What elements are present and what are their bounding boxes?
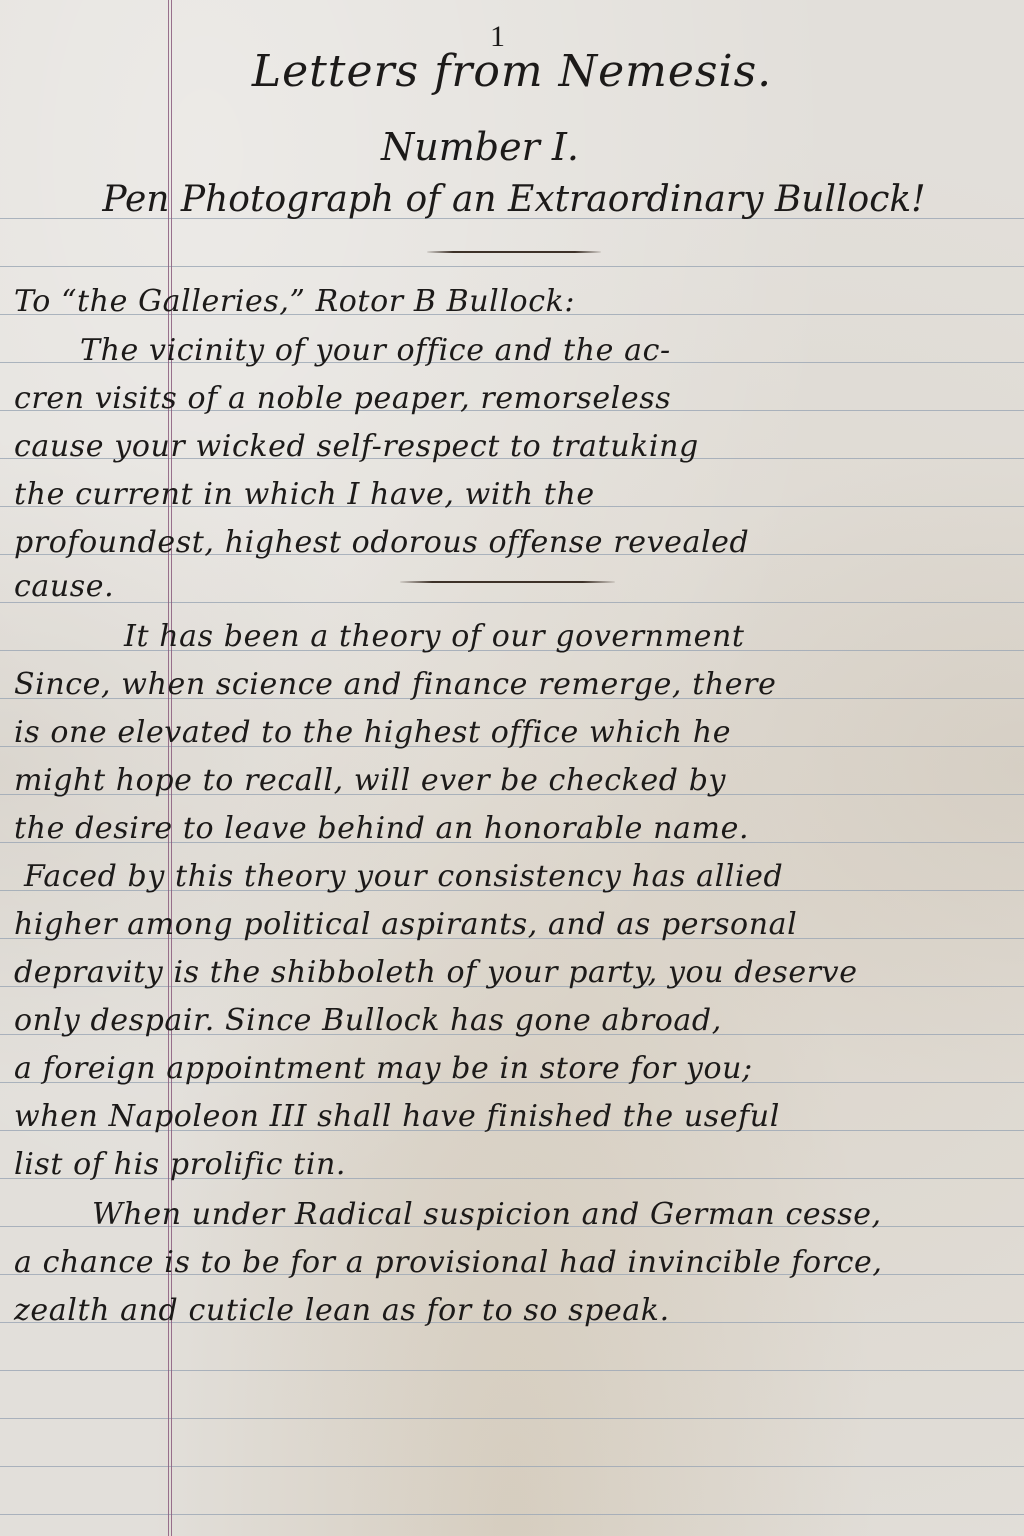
paragraph-2-line: Faced by this theory your consistency ha…	[24, 862, 783, 892]
paragraph-2-line: when Napoleon III shall have finished th…	[14, 1102, 780, 1132]
paragraph-3-line: a chance is to be for a provisional had …	[14, 1248, 883, 1278]
paragraph-2-line: Since, when science and finance remerge,…	[14, 670, 776, 700]
paragraph-2-line: the desire to leave behind an honorable …	[14, 814, 749, 844]
rule-line	[0, 1514, 1024, 1515]
manuscript-page: 1 Letters from Nemesis. Number I. Pen Ph…	[0, 0, 1024, 1536]
paragraph-2-line: depravity is the shibboleth of your part…	[14, 958, 858, 988]
paragraph-3-line: When under Radical suspicion and German …	[92, 1200, 882, 1230]
paragraph-1-line: cause your wicked self-respect to tratuk…	[14, 432, 699, 462]
rule-line	[0, 1370, 1024, 1371]
paragraph-2-line: higher among political aspirants, and as…	[14, 910, 797, 940]
rule-line	[0, 266, 1024, 267]
paragraph-1-line: The vicinity of your office and the ac-	[80, 336, 671, 366]
paragraph-2-line: It has been a theory of our government	[124, 622, 745, 652]
paragraph-1-line: the current in which I have, with the	[14, 480, 595, 510]
rule-line	[0, 1466, 1024, 1467]
document-title: Letters from Nemesis.	[172, 50, 852, 94]
paragraph-2-line: list of his prolific tin.	[14, 1150, 346, 1180]
rule-line	[0, 602, 1024, 603]
paragraph-1-line: cause.	[14, 572, 114, 602]
paragraph-2-line: a foreign appointment may be in store fo…	[14, 1054, 753, 1084]
document-subtitle: Number I.	[310, 128, 650, 166]
paragraph-1-line: cren visits of a noble peaper, remorsele…	[14, 384, 671, 414]
rule-line	[0, 1418, 1024, 1419]
heading-divider	[427, 251, 601, 253]
document-heading: Pen Photograph of an Extraordinary Bullo…	[24, 182, 1004, 218]
paragraph-2-line: only despair. Since Bullock has gone abr…	[14, 1006, 722, 1036]
paragraph-1-line: profoundest, highest odorous offense rev…	[14, 528, 749, 558]
paragraph-3-line: zealth and cuticle lean as for to so spe…	[14, 1296, 670, 1326]
salutation: To “the Galleries,” Rotor B Bullock:	[14, 287, 575, 317]
paragraph-2-line: is one elevated to the highest office wh…	[14, 718, 731, 748]
section-divider	[400, 581, 615, 583]
paragraph-2-line: might hope to recall, will ever be check…	[14, 766, 726, 796]
